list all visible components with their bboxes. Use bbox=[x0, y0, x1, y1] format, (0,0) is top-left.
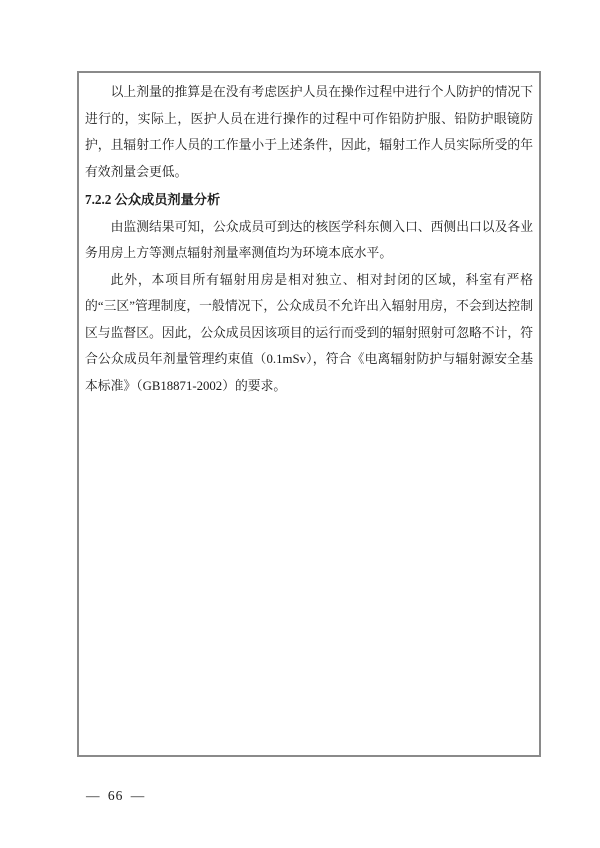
page-border-frame: 以上剂量的推算是在没有考虑医护人员在操作过程中进行个人防护的情况下进行的，实际上… bbox=[77, 71, 541, 757]
paragraph-monitoring-results: 由监测结果可知，公众成员可到达的核医学科东侧入口、西侧出口以及各业务用房上方等测… bbox=[85, 214, 533, 267]
section-heading: 7.2.2 公众成员剂量分析 bbox=[85, 187, 533, 214]
paragraph-public-dose-analysis: 此外，本项目所有辐射用房是相对独立、相对封闭的区域，科室有严格的“三区”管理制度… bbox=[85, 267, 533, 400]
document-page: 以上剂量的推算是在没有考虑医护人员在操作过程中进行个人防护的情况下进行的，实际上… bbox=[0, 0, 600, 848]
paragraph-dose-estimation: 以上剂量的推算是在没有考虑医护人员在操作过程中进行个人防护的情况下进行的，实际上… bbox=[85, 79, 533, 185]
page-number: — 66 — bbox=[86, 786, 145, 806]
